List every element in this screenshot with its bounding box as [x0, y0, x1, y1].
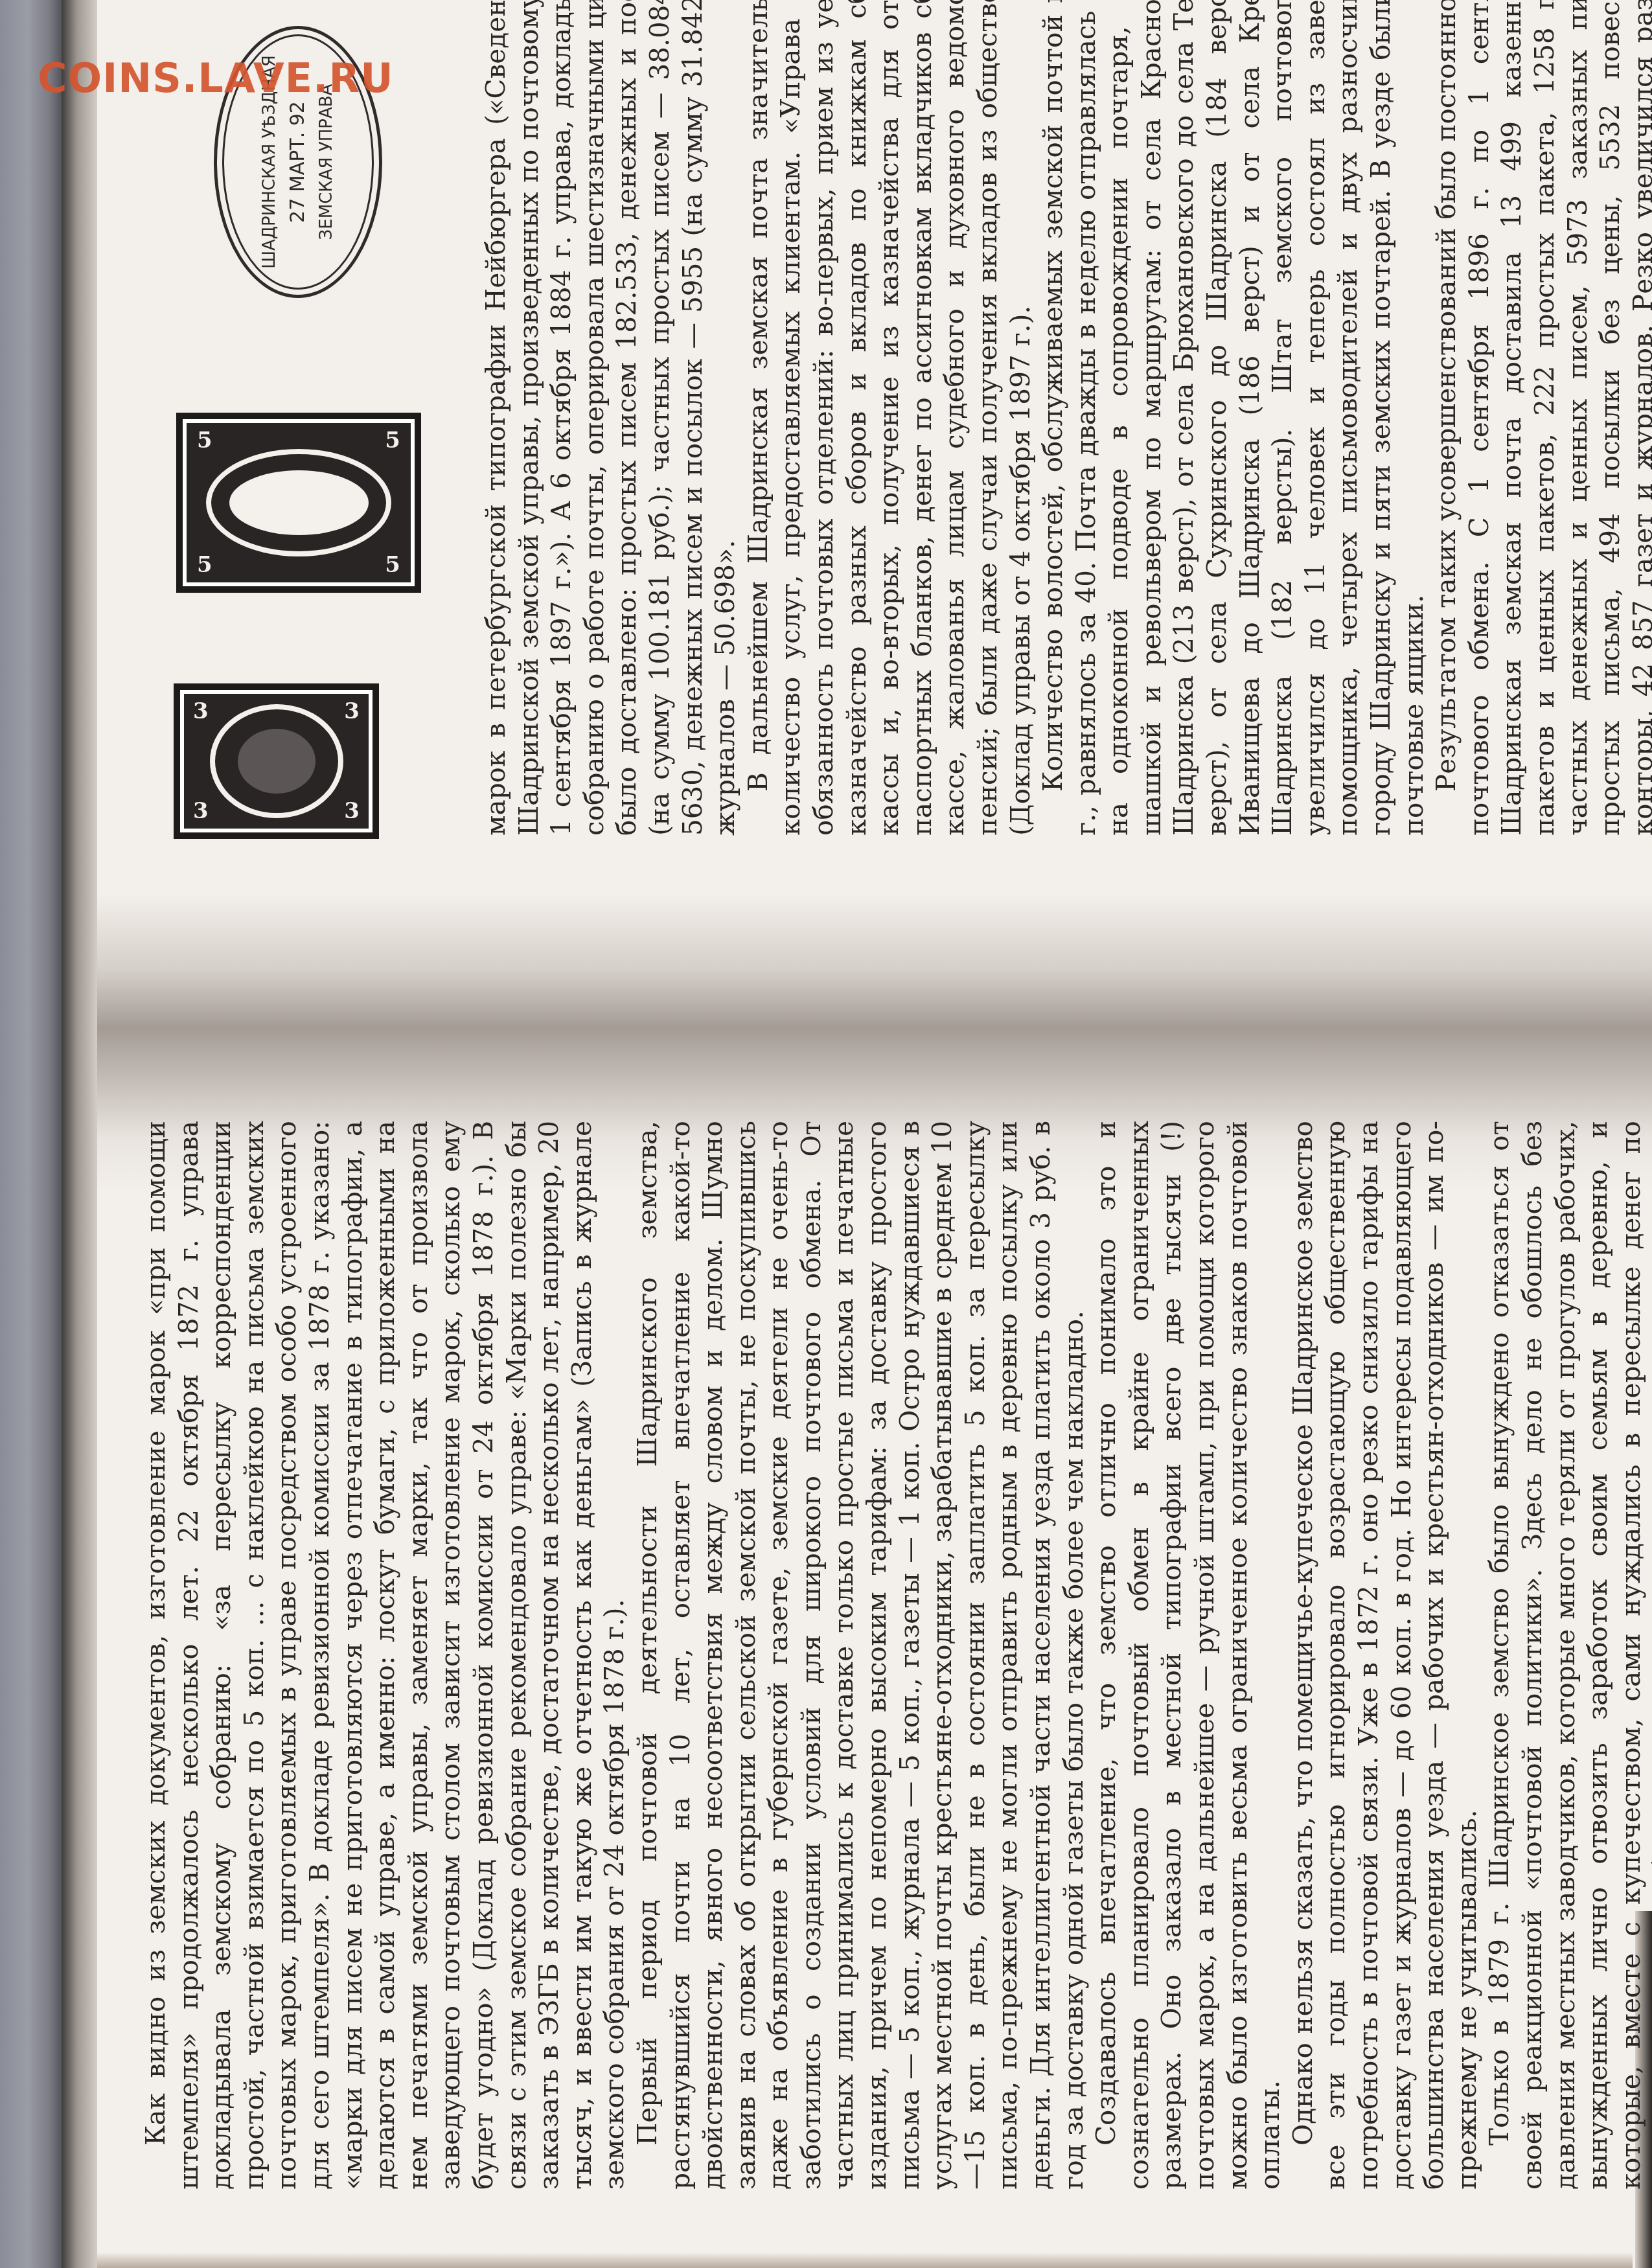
stamp-corner-value: 3 — [344, 700, 360, 722]
left-page-text: Как видно из земских документов, изготов… — [139, 1121, 1652, 2190]
stamp-corner-value: 3 — [344, 800, 360, 822]
postage-stamp-3-kop: 3 3 3 3 — [174, 683, 379, 839]
right-page-text: марок в петербургской типографии Нейбюрг… — [479, 0, 1652, 836]
page-bottom-edge — [97, 2252, 1633, 2268]
site-watermark: COINS.LAVE.RU — [38, 54, 394, 102]
stamp-round-frame — [210, 704, 343, 818]
paragraph: Результатом таких усовершенствований был… — [1430, 0, 1652, 836]
paragraph: марок в петербургской типографии Нейбюрг… — [479, 0, 742, 836]
scanner-edge — [0, 0, 62, 2268]
paragraph: Создавалось впечатление, что земство отл… — [1090, 1121, 1287, 2190]
stamp-center-image — [229, 470, 369, 535]
paragraph: Только в 1879 г. Шадринское земство было… — [1483, 1121, 1652, 2190]
stamp-corner-value: 3 — [193, 800, 209, 822]
paragraph: Количество волостей, обслуживаемых земск… — [1037, 0, 1430, 836]
stamp-corner-value: 5 — [385, 430, 400, 452]
stamp-coat-of-arms — [238, 729, 315, 794]
paragraph: Первый период почтовой деятельности Шадр… — [631, 1121, 1090, 2190]
paragraph: Однако нельзя сказать, что помещичье-куп… — [1287, 1121, 1484, 2190]
stamp-corner-value: 3 — [193, 700, 209, 722]
postage-stamp-5-kop: 5 5 5 5 — [176, 413, 421, 593]
paragraph: Как видно из земских документов, изготов… — [139, 1121, 631, 2190]
stamp-oval-frame — [206, 449, 391, 556]
stamp-corner-value: 5 — [385, 554, 400, 576]
book-page-edge-shadow — [62, 0, 100, 2268]
paragraph: В дальнейшем Шадринская земская почта зн… — [742, 0, 1037, 836]
stamp-corner-value: 5 — [197, 430, 212, 452]
stamp-corner-value: 5 — [197, 554, 212, 576]
